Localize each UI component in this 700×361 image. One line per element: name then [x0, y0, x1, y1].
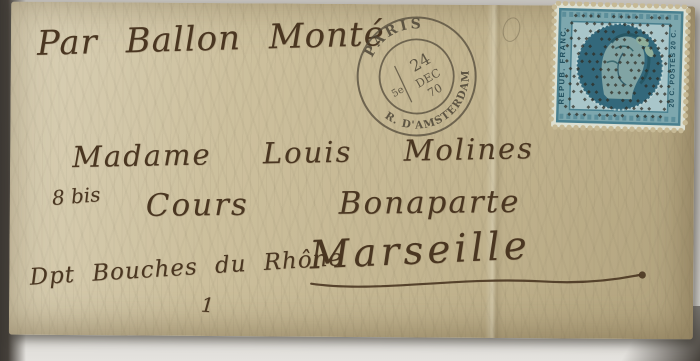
ceres-20c-stamp: REPUB. FRANC. 20 C. POSTES 20 C. — [547, 1, 693, 135]
city-underline-flourish — [305, 266, 655, 300]
handwritten-street-number: 8 bis — [51, 182, 101, 210]
photograph-of-balloon-mail-letter: Par Ballon Monté Madame Louis Molines 8 … — [0, 0, 700, 361]
handwritten-street-line: Cours Bonaparte — [146, 184, 521, 224]
handwritten-route-note: Par Ballon Monté — [36, 14, 385, 64]
handwritten-department-note: Dpt Bouches du Rhône — [29, 245, 344, 291]
letter-paper: Par Ballon Monté Madame Louis Molines 8 … — [9, 2, 695, 340]
paris-circular-datestamp: PARIS R. D'AMSTERDAM 5e 24 DEC 70 — [348, 8, 485, 145]
handwritten-stray-mark: 1 — [200, 293, 215, 318]
